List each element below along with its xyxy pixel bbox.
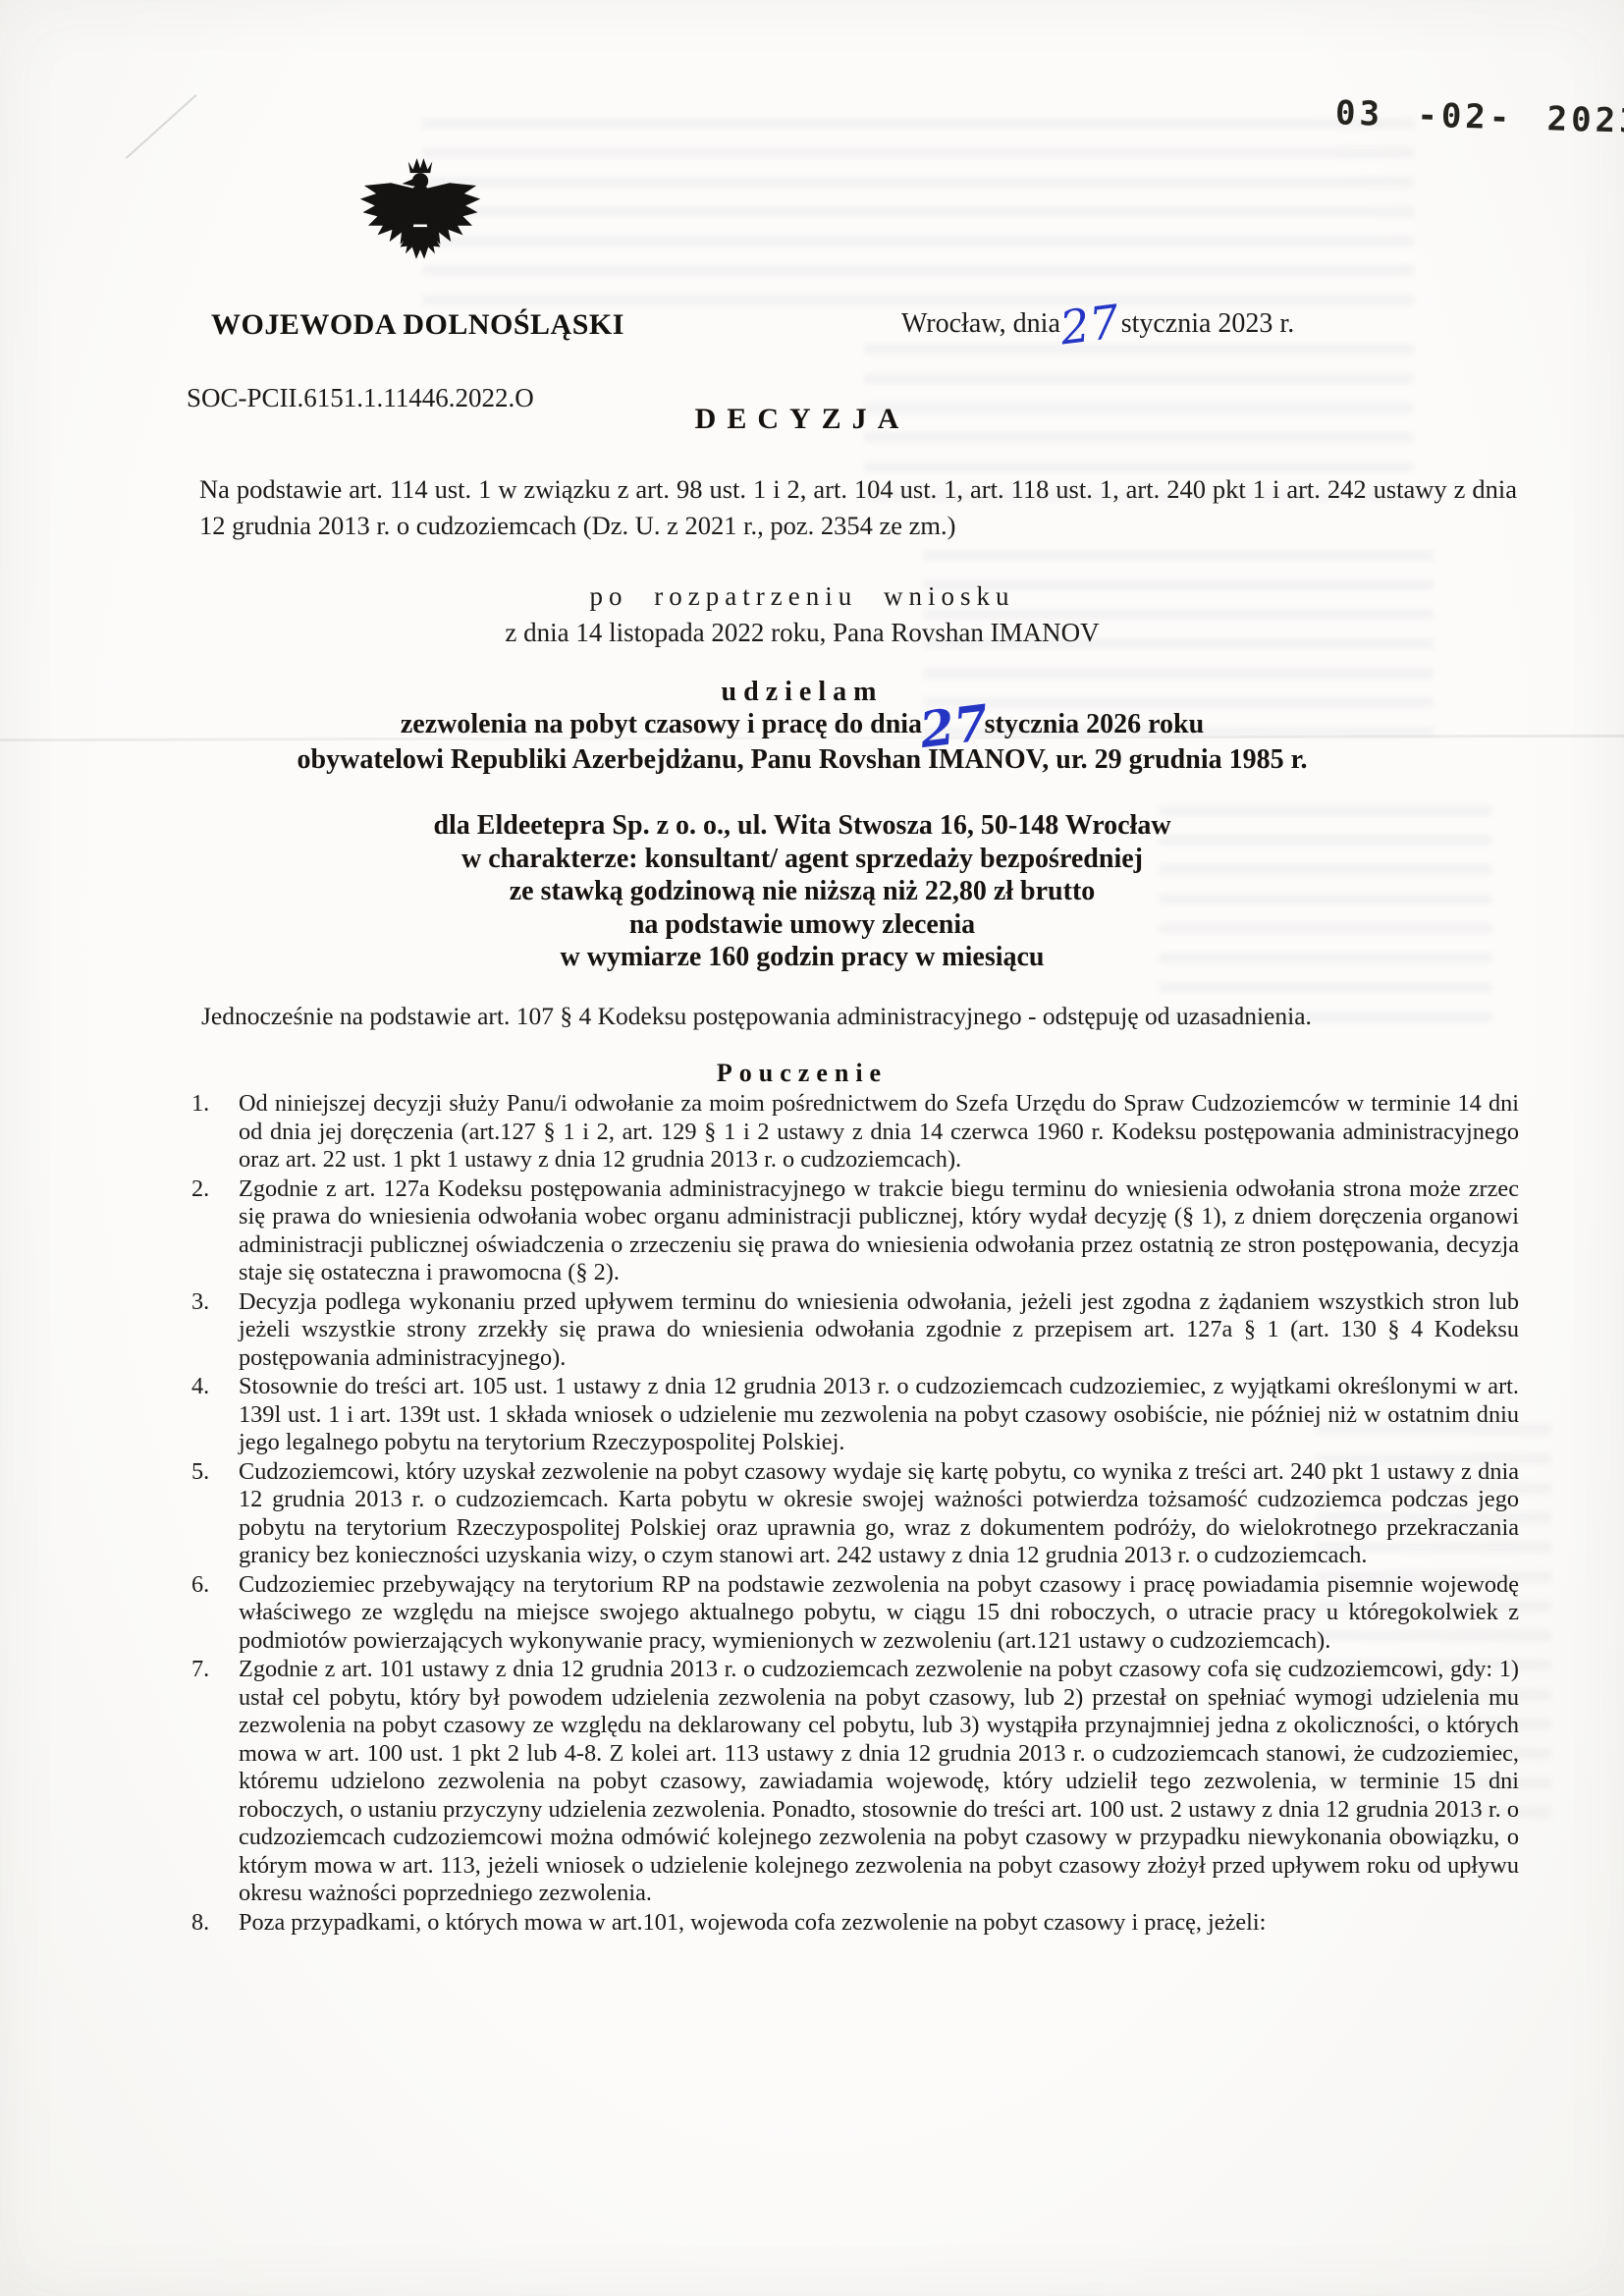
page-corner-mark: [126, 94, 196, 158]
instruction-item: 4.Stosownie do treści art. 105 ust. 1 us…: [191, 1373, 1519, 1457]
item-text: Decyzja podlega wykonaniu przed upływem …: [239, 1288, 1519, 1371]
item-number: 7.: [191, 1656, 209, 1684]
place-date-suffix: stycznia 2023 r.: [1121, 308, 1295, 339]
legal-basis-paragraph: Na podstawie art. 114 ust. 1 w związku z…: [199, 471, 1517, 544]
eagle-icon: [353, 149, 487, 289]
item-text: Zgodnie z art. 127a Kodeksu postępowania…: [239, 1175, 1519, 1286]
item-text: Stosownie do treści art. 105 ust. 1 usta…: [239, 1373, 1519, 1455]
item-text: Poza przypadkami, o których mowa w art.1…: [239, 1909, 1266, 1936]
handwritten-day-ink: 27: [920, 723, 988, 731]
grant-scope-line: zezwolenia na pobyt czasowy i pracę do d…: [88, 709, 1516, 740]
item-text: Cudzoziemcowi, który uzyskał zezwolenie …: [239, 1458, 1519, 1569]
employment-line-employer: dla Eldeetepra Sp. z o. o., ul. Wita Stw…: [88, 809, 1516, 843]
grant-verb: udzielam: [88, 677, 1516, 708]
place-date-line: Wrocław, dnia27 stycznia 2023 r.: [901, 308, 1294, 340]
item-number: 8.: [191, 1909, 209, 1938]
item-number: 3.: [191, 1288, 209, 1317]
item-number: 4.: [191, 1373, 209, 1401]
employment-line-hours: w wymiarze 160 godzin pracy w miesiącu: [88, 941, 1516, 974]
instruction-item: 5.Cudzoziemcowi, który uzyskał zezwoleni…: [191, 1458, 1519, 1570]
item-text: Zgodnie z art. 101 ustawy z dnia 12 grud…: [239, 1656, 1519, 1906]
grant-scope-after: stycznia 2026 roku: [985, 709, 1205, 739]
instruction-item: 3.Decyzja podlega wykonaniu przed upływe…: [191, 1288, 1519, 1373]
item-number: 6.: [191, 1571, 209, 1600]
employment-line-wage: ze stawką godzinową nie niższą niż 22,80…: [88, 875, 1516, 908]
item-number: 2.: [191, 1175, 209, 1204]
polish-eagle-emblem: [353, 149, 487, 289]
instructions-list: 1.Od niniejszej decyzji służy Panu/i odw…: [191, 1090, 1519, 1938]
item-number: 1.: [191, 1090, 209, 1119]
instruction-item: 7.Zgodnie z art. 101 ustawy z dnia 12 gr…: [191, 1656, 1519, 1908]
issuing-authority: WOJEWODA DOLNOŚLĄSKI: [211, 308, 624, 342]
item-text: Od niniejszej decyzji służy Panu/i odwoł…: [239, 1090, 1519, 1173]
grant-beneficiary-line: obywatelowi Republiki Azerbejdżanu, Panu…: [88, 744, 1516, 776]
received-date-stamp: 03 -02- 2023.: [1335, 93, 1624, 141]
item-number: 5.: [191, 1458, 209, 1487]
justification-waiver-paragraph: Jednocześnie na podstawie art. 107 § 4 K…: [201, 1002, 1522, 1031]
instruction-item: 1.Od niniejszej decyzji służy Panu/i odw…: [191, 1090, 1519, 1175]
handwritten-day-ink: 27: [1060, 322, 1118, 329]
employment-line-position: w charakterze: konsultant/ agent sprzeda…: [88, 843, 1516, 876]
scanned-decision-page: 03 -02- 2023. WOJEWODA DOLNOŚLĄSKI Wrocł…: [0, 0, 1624, 2296]
employment-conditions-block: dla Eldeetepra Sp. z o. o., ul. Wita Stw…: [88, 809, 1516, 974]
instructions-heading: Pouczenie: [88, 1059, 1516, 1088]
instruction-item: 2.Zgodnie z art. 127a Kodeksu postępowan…: [191, 1175, 1519, 1287]
employment-line-contract: na podstawie umowy zlecenia: [88, 908, 1516, 942]
place-date-prefix: Wrocław, dnia: [901, 308, 1060, 339]
decision-title: DECYZJA: [88, 403, 1516, 436]
instruction-item: 8.Poza przypadkami, o których mowa w art…: [191, 1909, 1519, 1938]
item-text: Cudzoziemiec przebywający na terytorium …: [239, 1571, 1519, 1654]
instruction-item: 6.Cudzoziemiec przebywający na terytoriu…: [191, 1571, 1519, 1656]
application-date-line: z dnia 14 listopada 2022 roku, Pana Rovs…: [88, 618, 1516, 648]
bleed-through-artifact: [422, 118, 1414, 314]
application-review-line: po rozpatrzeniu wniosku: [88, 581, 1516, 612]
grant-scope-before: zezwolenia na pobyt czasowy i pracę do d…: [401, 709, 922, 739]
